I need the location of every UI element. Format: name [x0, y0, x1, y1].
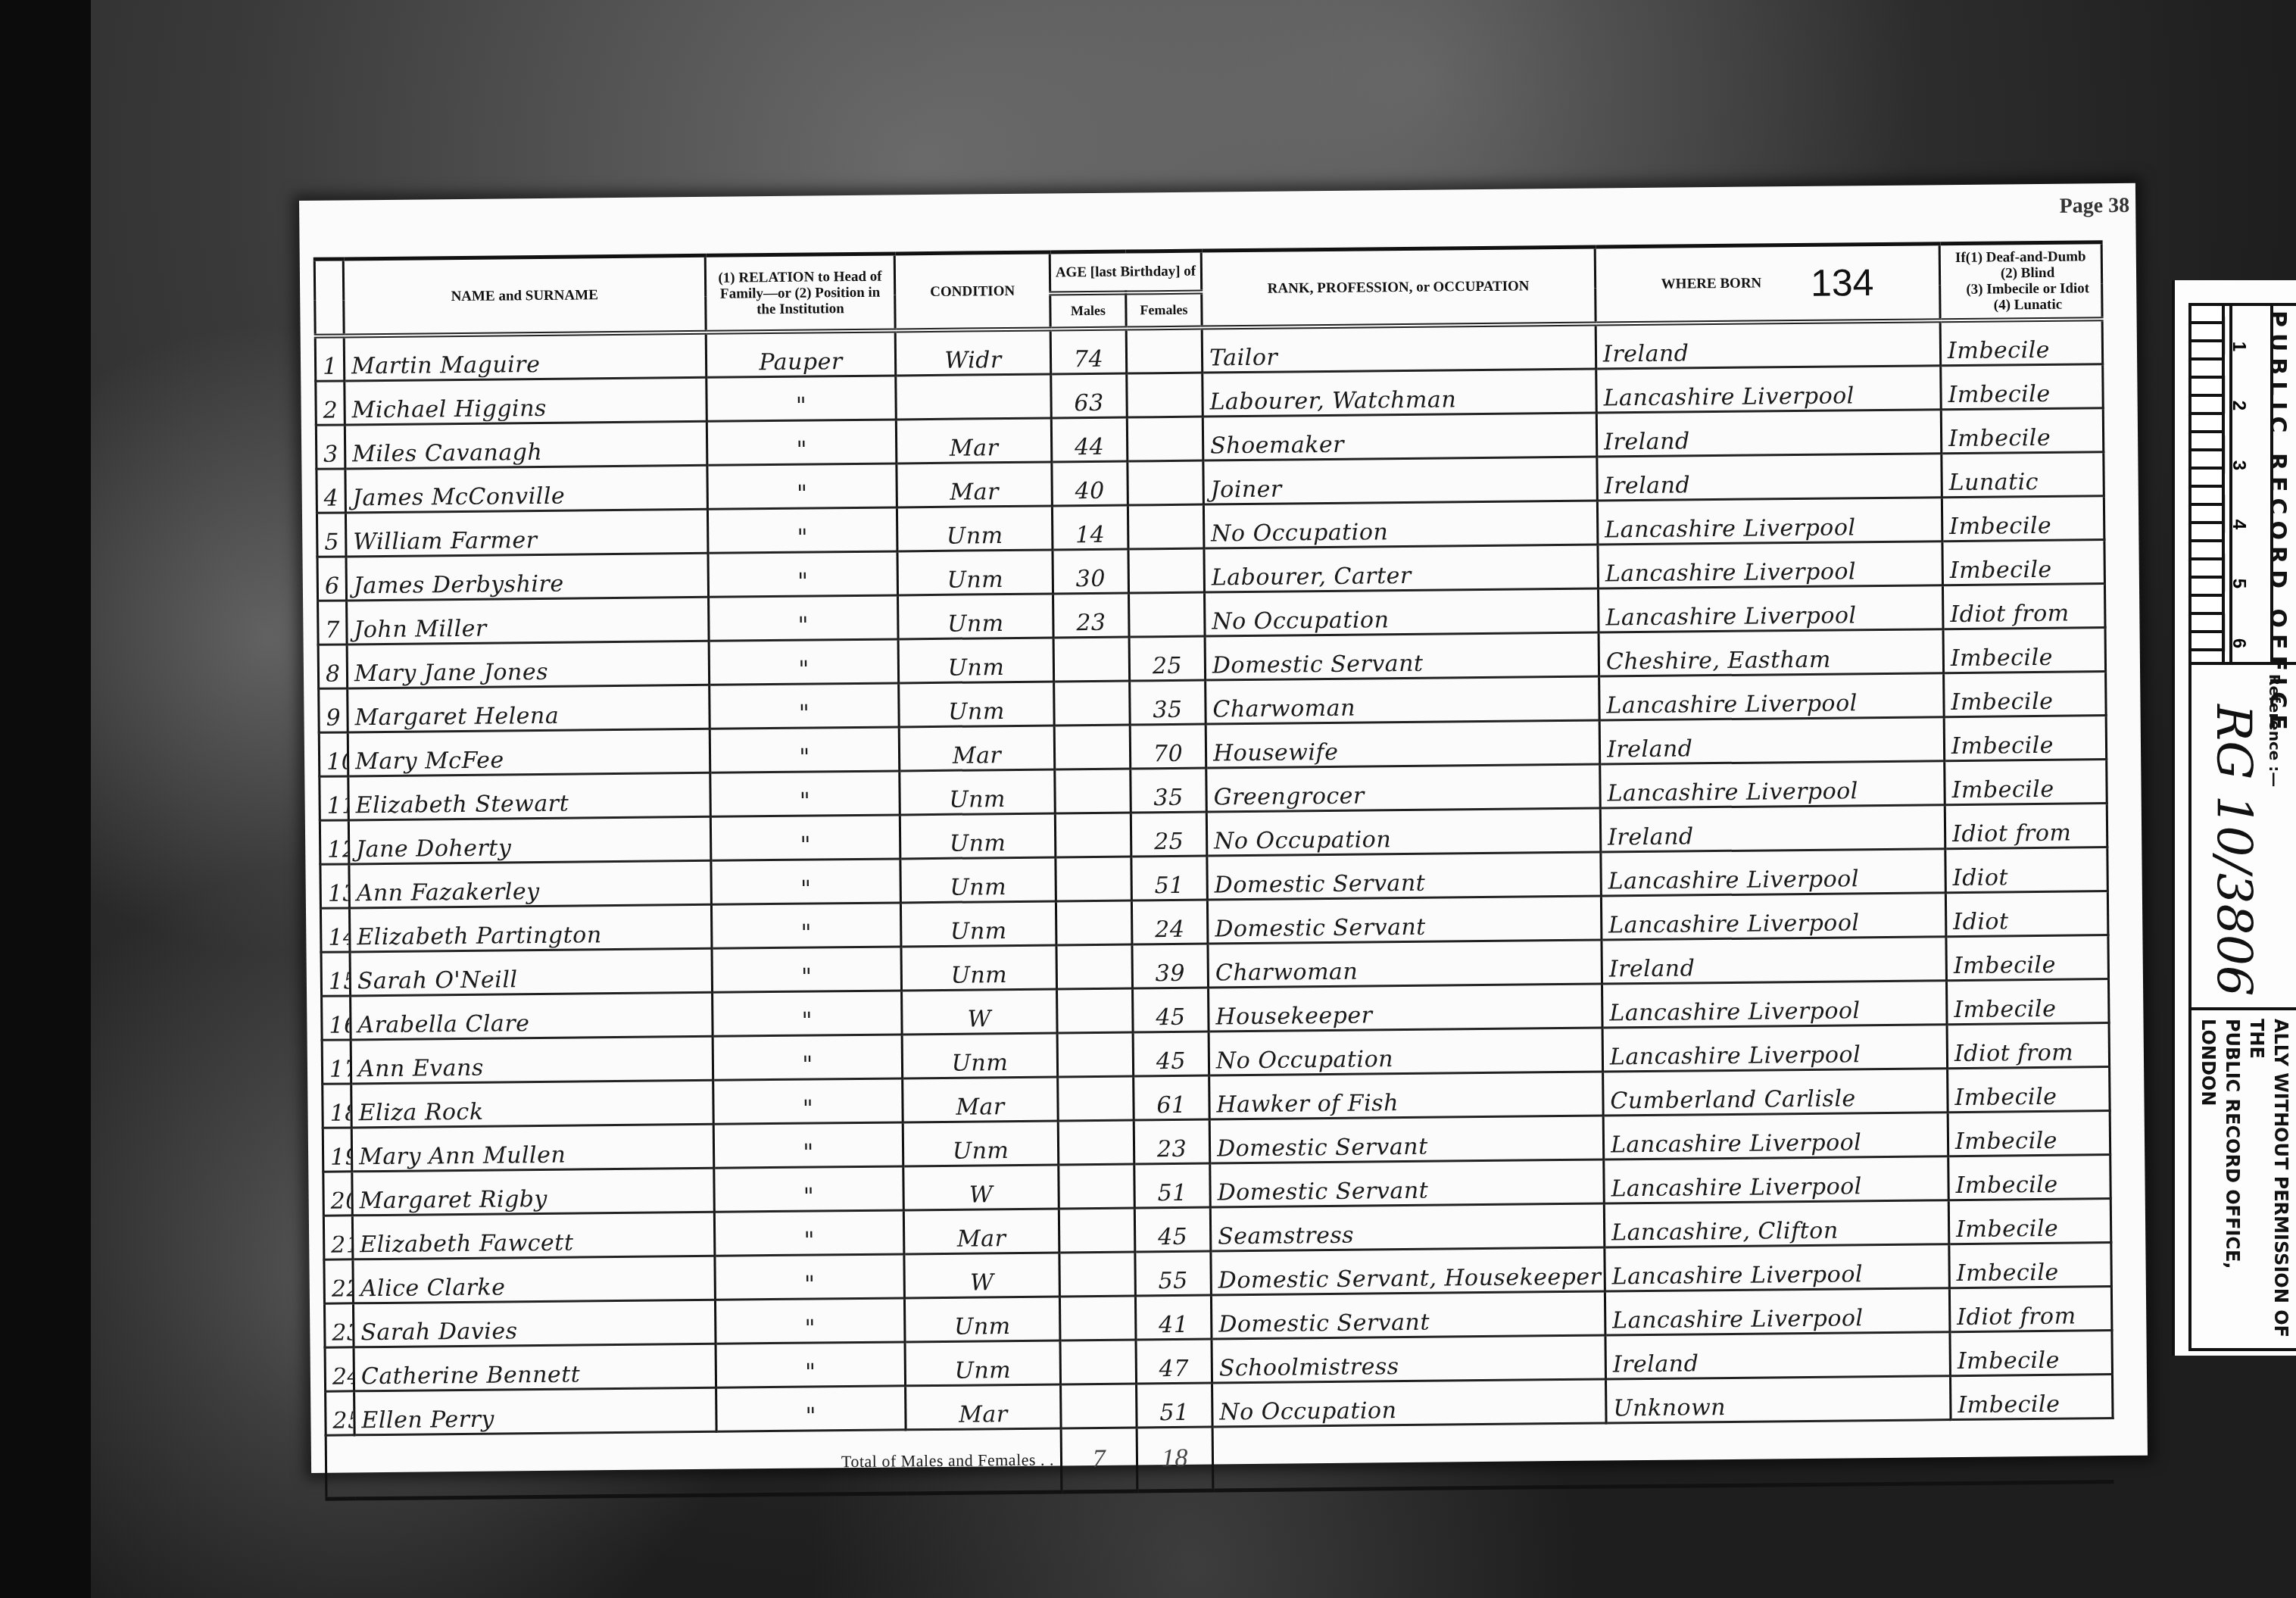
row-number: 16 — [322, 996, 351, 1040]
census-table: NAME and SURNAME (1) RELATION to Head of… — [314, 240, 2115, 1531]
relation-cell: " — [715, 1298, 905, 1344]
male-age-cell: 23 — [1053, 593, 1130, 638]
occupation-cell: Domestic Servant — [1211, 1291, 1605, 1339]
relation-cell: " — [710, 771, 900, 816]
name-cell: John Miller — [347, 597, 710, 645]
scan-dark-edge — [0, 0, 91, 1598]
where-born-cell: Ireland — [1605, 1332, 1951, 1379]
name-cell: James McConville — [345, 465, 708, 513]
name-cell: Margaret Rigby — [352, 1168, 715, 1216]
relation-cell: " — [714, 1166, 904, 1212]
condition-cell: Unm — [900, 857, 1056, 903]
where-born-cell: Lancashire Liverpool — [1603, 1113, 1948, 1159]
male-age-cell: 44 — [1051, 417, 1128, 462]
male-age-cell — [1061, 1384, 1137, 1428]
infirmity-option: (4) Lunatic — [1944, 296, 2098, 314]
condition-cell: Mar — [906, 1384, 1062, 1430]
relation-cell: Pauper — [706, 330, 896, 377]
condition-cell: Unm — [904, 1297, 1060, 1342]
relation-cell: " — [714, 1210, 904, 1256]
infirmity-option: (2) Blind — [1944, 264, 2098, 282]
female-age-cell: 35 — [1130, 680, 1206, 725]
header-where-born-label: WHERE BORN — [1661, 275, 1762, 292]
where-born-cell: Lancashire Liverpool — [1605, 1288, 1950, 1335]
male-age-cell: 40 — [1052, 461, 1128, 506]
condition-cell: Unm — [905, 1341, 1061, 1386]
relation-cell: " — [712, 947, 902, 992]
relation-cell: " — [707, 420, 897, 465]
female-age-cell — [1126, 328, 1203, 373]
occupation-cell: No Occupation — [1212, 1379, 1607, 1427]
occupation-cell: Housekeeper — [1209, 984, 1603, 1032]
row-number: 5 — [317, 513, 346, 557]
relation-cell: " — [713, 1078, 903, 1124]
header-where-born: WHERE BORN 134 — [1595, 244, 1940, 324]
infirmity-cell: Imbecile — [1943, 628, 2106, 673]
infirmity-cell: Lunatic — [1942, 452, 2104, 498]
row-number: 1 — [315, 336, 345, 381]
infirmity-cell: Imbecile — [1940, 319, 2103, 366]
occupation-cell: Domestic Servant — [1207, 852, 1602, 900]
where-born-cell: Ireland — [1596, 410, 1942, 457]
occupation-cell: Seamstress — [1210, 1203, 1605, 1251]
relation-cell: " — [713, 1035, 903, 1080]
relation-cell: " — [711, 859, 901, 904]
infirmity-cell: Imbecile — [1948, 1199, 2111, 1244]
where-born-cell: Lancashire Liverpool — [1598, 542, 1943, 588]
infirmity-prefix: If — [1955, 250, 1966, 266]
name-cell: Sarah Davies — [353, 1300, 716, 1347]
census-body: 1Martin MaguirePauperWidr74TailorIreland… — [315, 319, 2113, 1435]
row-number: 24 — [325, 1347, 354, 1391]
where-born-cell: Ireland — [1597, 454, 1942, 501]
header-name: NAME and SURNAME — [343, 255, 706, 336]
male-age-cell — [1055, 769, 1131, 813]
relation-cell: " — [713, 991, 903, 1036]
row-number: 4 — [317, 469, 346, 513]
female-age-cell: 45 — [1133, 1032, 1209, 1076]
occupation-cell: Labourer, Watchman — [1203, 369, 1597, 417]
infirmity-cell: Imbecile — [1945, 760, 2107, 805]
male-age-cell — [1057, 988, 1134, 1033]
occupation-cell: Shoemaker — [1203, 413, 1597, 460]
where-born-cell: Lancashire Liverpool — [1600, 761, 1945, 808]
female-age-cell: 39 — [1132, 944, 1209, 988]
infirmity-cell: Imbecile — [1944, 672, 2107, 717]
male-age-cell: 63 — [1051, 373, 1128, 418]
where-born-cell: Lancashire Liverpool — [1597, 498, 1942, 545]
row-number: 23 — [324, 1303, 354, 1347]
female-age-cell: 61 — [1134, 1075, 1210, 1120]
infirmity-cell: Imbecile — [1949, 1243, 2112, 1288]
row-number: 25 — [326, 1391, 355, 1435]
occupation-cell: Domestic Servant, Housekeeper — [1211, 1247, 1605, 1295]
where-born-cell: Lancashire Liverpool — [1598, 585, 1943, 632]
infirmity-cell: Idiot — [1945, 891, 2108, 937]
male-age-cell: 74 — [1050, 329, 1127, 374]
row-number: 18 — [323, 1084, 352, 1128]
relation-cell: " — [716, 1386, 906, 1431]
where-born-cell: Lancashire Liverpool — [1599, 673, 1945, 720]
name-cell: Miles Cavanagh — [345, 421, 707, 469]
female-age-cell: 51 — [1137, 1383, 1213, 1428]
male-age-cell — [1059, 1164, 1135, 1209]
female-age-cell: 51 — [1134, 1163, 1211, 1208]
male-age-cell — [1058, 1120, 1134, 1165]
row-number: 6 — [317, 557, 347, 601]
totals-blank — [1212, 1419, 2114, 1490]
header-row: NAME and SURNAME (1) RELATION to Head of… — [314, 242, 2101, 301]
relation-cell: " — [710, 683, 900, 729]
female-age-cell — [1127, 373, 1203, 417]
totals-males: 7 — [1061, 1428, 1137, 1492]
occupation-cell: Charwoman — [1206, 676, 1600, 724]
infirmity-cell: Idiot from — [1945, 804, 2107, 849]
occupation-cell: Labourer, Carter — [1204, 545, 1599, 592]
copyright-line: ALLY WITHOUT PERMISSION OF THE — [2245, 1019, 2293, 1356]
row-number: 3 — [316, 425, 345, 469]
female-age-cell: 45 — [1133, 988, 1209, 1032]
reference-card: 123456 PUBLIC RECORD OFFICE Reference :—… — [2172, 280, 2296, 1356]
row-number: 21 — [323, 1216, 353, 1259]
row-number: 7 — [318, 601, 348, 645]
header-relation: (1) RELATION to Head of Family—or (2) Po… — [705, 254, 895, 332]
page-number: Page 38 — [2059, 194, 2129, 219]
condition-cell: W — [903, 1165, 1059, 1210]
reference-label: Reference :— — [2266, 674, 2284, 787]
infirmity-cell: Imbecile — [1950, 1331, 2113, 1376]
row-number: 10 — [319, 732, 348, 776]
condition-cell: Unm — [897, 550, 1053, 595]
row-number: 22 — [324, 1259, 354, 1303]
infirmity-cell: Imbecile — [1948, 1111, 2110, 1156]
occupation-cell: Domestic Servant — [1210, 1159, 1605, 1207]
occupation-cell: Charwoman — [1208, 940, 1602, 988]
male-age-cell — [1053, 637, 1130, 682]
male-age-cell — [1056, 900, 1132, 945]
condition-cell: W — [904, 1253, 1060, 1298]
name-cell: Ann Evans — [351, 1036, 713, 1084]
where-born-cell: Ireland — [1599, 717, 1945, 764]
name-cell: Ann Fazakerley — [349, 860, 712, 908]
condition-cell: Unm — [903, 1121, 1059, 1166]
name-cell: Martin Maguire — [344, 332, 707, 381]
male-age-cell — [1059, 1252, 1136, 1297]
infirmity-cell: Imbecile — [1946, 979, 2109, 1025]
name-cell: Ellen Perry — [354, 1387, 717, 1435]
infirmity-cell: Idiot from — [1942, 584, 2105, 629]
row-number: 17 — [322, 1040, 351, 1084]
where-born-cell: Ireland — [1596, 320, 1941, 369]
condition-cell: Mar — [896, 418, 1052, 463]
female-age-cell — [1128, 460, 1204, 505]
relation-cell: " — [707, 463, 897, 509]
copyright-line: PUBLIC RECORD OFFICE, LONDON — [2196, 1019, 2245, 1356]
occupation-cell: Tailor — [1202, 324, 1596, 373]
infirmity-cell: Imbecile — [1944, 716, 2107, 761]
census-sheet: Page 38 NAME and SURNAME (1) RELATION to… — [299, 183, 2148, 1473]
relation-cell: " — [710, 815, 900, 860]
header-age: AGE [last Birthday] of — [1050, 251, 1202, 294]
name-cell: Eliza Rock — [351, 1080, 714, 1128]
occupation-cell: Greengrocer — [1206, 764, 1601, 812]
header-occupation: RANK, PROFESSION, or OCCUPATION — [1201, 247, 1596, 327]
infirmity-cell: Imbecile — [1941, 408, 2104, 454]
female-age-cell: 51 — [1131, 856, 1208, 900]
copyright-notice: COPYRIGHT PHOTOGRAPH—NOT TOBE REPRODUCED… — [2196, 1019, 2296, 1356]
occupation-cell: No Occupation — [1206, 808, 1601, 856]
relation-cell: " — [713, 1122, 903, 1168]
header-age-females: Females — [1126, 292, 1202, 329]
header-condition: CONDITION — [894, 252, 1050, 330]
infirmity-cell: Imbecile — [1946, 935, 2109, 981]
row-number: 2 — [316, 381, 345, 425]
page-label: Page — [2059, 194, 2103, 218]
male-age-cell — [1057, 1032, 1134, 1077]
male-age-cell — [1055, 813, 1131, 857]
name-cell: Mary Jane Jones — [347, 641, 710, 688]
row-number: 20 — [323, 1172, 353, 1216]
condition-cell: Widr — [895, 329, 1051, 375]
where-born-cell: Lancashire, Clifton — [1604, 1200, 1949, 1247]
occupation-cell: No Occupation — [1205, 588, 1599, 636]
male-age-cell — [1056, 944, 1133, 989]
condition-cell: Unm — [897, 506, 1053, 551]
where-born-cell: Lancashire Liverpool — [1596, 366, 1942, 413]
where-born-cell: Lancashire Liverpool — [1604, 1156, 1949, 1203]
page-number-value: 38 — [2108, 194, 2129, 217]
male-age-cell: 14 — [1052, 505, 1128, 550]
where-born-cell: Cheshire, Eastham — [1599, 629, 1944, 676]
name-cell: Elizabeth Stewart — [348, 772, 711, 820]
infirmity-cell: Idiot from — [1947, 1023, 2110, 1069]
condition-cell: Mar — [903, 1209, 1059, 1254]
infirmity-cell: Imbecile — [1948, 1155, 2111, 1200]
condition-cell: W — [902, 989, 1058, 1035]
condition-cell: Mar — [897, 462, 1053, 507]
name-cell: Arabella Clare — [351, 992, 713, 1040]
row-number: 15 — [321, 952, 351, 996]
where-born-cell: Lancashire Liverpool — [1605, 1244, 1950, 1291]
female-age-cell: 55 — [1135, 1251, 1212, 1296]
infirmity-option: (1) Deaf-and-Dumb — [1966, 248, 2086, 266]
name-cell: Alice Clarke — [353, 1256, 716, 1303]
condition-cell: Mar — [903, 1077, 1059, 1122]
occupation-cell: Hawker of Fish — [1209, 1072, 1604, 1119]
relation-cell: " — [710, 727, 900, 772]
where-born-cell: Unknown — [1606, 1376, 1951, 1423]
name-cell: Margaret Helena — [348, 685, 710, 732]
name-cell: Michael Higgins — [345, 377, 707, 425]
relation-cell: " — [707, 507, 897, 553]
male-age-cell — [1056, 857, 1132, 901]
row-number: 8 — [318, 645, 348, 688]
infirmity-cell: Imbecile — [1942, 496, 2104, 542]
row-number: 9 — [319, 688, 348, 732]
infirmity-cell: Idiot — [1945, 847, 2108, 893]
row-number: 12 — [320, 820, 349, 864]
copyright-line: BE REPRODUCED PHOTOGRAPHIC- — [2293, 1019, 2296, 1356]
female-age-cell: 45 — [1134, 1207, 1211, 1252]
female-age-cell: 25 — [1129, 636, 1206, 681]
name-cell: Jane Doherty — [348, 816, 711, 864]
condition-cell: Unm — [900, 813, 1056, 859]
row-number: 19 — [323, 1128, 352, 1172]
occupation-cell: Domestic Servant — [1207, 896, 1602, 944]
where-born-cell: Lancashire Liverpool — [1602, 981, 1948, 1028]
relation-cell: " — [707, 376, 897, 421]
female-age-cell: 25 — [1131, 812, 1207, 857]
relation-cell: " — [711, 903, 901, 948]
relation-cell: " — [708, 551, 898, 597]
condition-cell: Unm — [900, 769, 1056, 815]
occupation-cell: Joiner — [1203, 457, 1598, 504]
condition-cell — [896, 374, 1052, 420]
condition-cell: Unm — [898, 594, 1054, 639]
infirmity-option: (3) Imbecile or Idiot — [1944, 280, 2098, 298]
condition-cell: Mar — [899, 726, 1055, 771]
condition-cell: Unm — [900, 901, 1056, 947]
male-age-cell — [1060, 1340, 1137, 1384]
male-age-cell — [1059, 1296, 1136, 1341]
where-born-cell: Ireland — [1602, 937, 1947, 984]
female-age-cell — [1128, 548, 1205, 593]
occupation-cell: Domestic Servant — [1209, 1116, 1604, 1163]
where-born-cell: Lancashire Liverpool — [1602, 1025, 1948, 1072]
female-age-cell: 24 — [1131, 900, 1208, 944]
relation-cell: " — [715, 1254, 905, 1300]
where-born-cell: Lancashire Liverpool — [1601, 893, 1946, 940]
occupation-cell: Housewife — [1206, 720, 1600, 768]
row-number: 13 — [320, 864, 350, 908]
female-age-cell — [1128, 504, 1204, 549]
where-born-cell: Lancashire Liverpool — [1601, 849, 1946, 896]
male-age-cell — [1058, 1076, 1134, 1121]
infirmity-cell: Imbecile — [1950, 1375, 2113, 1420]
condition-cell: Unm — [898, 638, 1054, 683]
schedule-number: 134 — [1811, 261, 1874, 304]
occupation-cell: Domestic Servant — [1205, 632, 1599, 680]
relation-cell: " — [716, 1342, 906, 1387]
female-age-cell: 35 — [1131, 768, 1207, 813]
totals-females: 18 — [1137, 1427, 1213, 1491]
infirmity-cell: Imbecile — [1941, 364, 2104, 410]
condition-cell: Unm — [902, 1033, 1058, 1078]
infirmity-cell: Idiot from — [1949, 1287, 2112, 1332]
male-age-cell — [1059, 1208, 1135, 1253]
infirmity-cell: Imbecile — [1942, 540, 2105, 585]
name-cell: Sarah O'Neill — [350, 948, 713, 996]
relation-cell: " — [709, 639, 899, 685]
female-age-cell: 70 — [1130, 724, 1206, 769]
reference-value: RG 10/3806 — [2205, 704, 2261, 997]
name-cell: Catherine Bennett — [354, 1344, 716, 1391]
female-age-cell — [1127, 417, 1203, 461]
name-cell: James Derbyshire — [346, 553, 709, 601]
female-age-cell — [1129, 592, 1206, 637]
occupation-cell: Schoolmistress — [1212, 1335, 1606, 1383]
infirmity-cell: Imbecile — [1948, 1067, 2110, 1113]
female-age-cell: 23 — [1134, 1119, 1210, 1164]
header-age-males: Males — [1050, 293, 1126, 329]
header-rownum — [314, 259, 344, 336]
name-cell: Elizabeth Partington — [349, 904, 712, 952]
occupation-cell: No Occupation — [1203, 501, 1598, 548]
name-cell: Mary Ann Mullen — [351, 1124, 714, 1172]
male-age-cell — [1054, 681, 1131, 726]
name-cell: Mary McFee — [348, 729, 710, 776]
ruler-ticks — [2191, 306, 2225, 662]
row-number: 11 — [320, 776, 349, 820]
condition-cell: Unm — [899, 682, 1055, 727]
name-cell: William Farmer — [345, 509, 708, 557]
where-born-cell: Ireland — [1600, 805, 1945, 852]
male-age-cell: 30 — [1053, 549, 1129, 594]
female-age-cell: 41 — [1135, 1295, 1212, 1340]
header-infirmity: If(1) Deaf-and-Dumb(2) Blind(3) Imbecile… — [1939, 242, 2102, 321]
row-number: 14 — [320, 908, 350, 952]
totals-label: Total of Males and Females . . — [326, 1428, 1062, 1499]
name-cell: Elizabeth Fawcett — [352, 1212, 715, 1259]
relation-cell: " — [709, 595, 899, 641]
occupation-cell: No Occupation — [1209, 1028, 1603, 1075]
condition-cell: Unm — [901, 945, 1057, 991]
where-born-cell: Cumberland Carlisle — [1603, 1069, 1948, 1116]
male-age-cell — [1054, 725, 1131, 769]
female-age-cell: 47 — [1136, 1339, 1212, 1384]
